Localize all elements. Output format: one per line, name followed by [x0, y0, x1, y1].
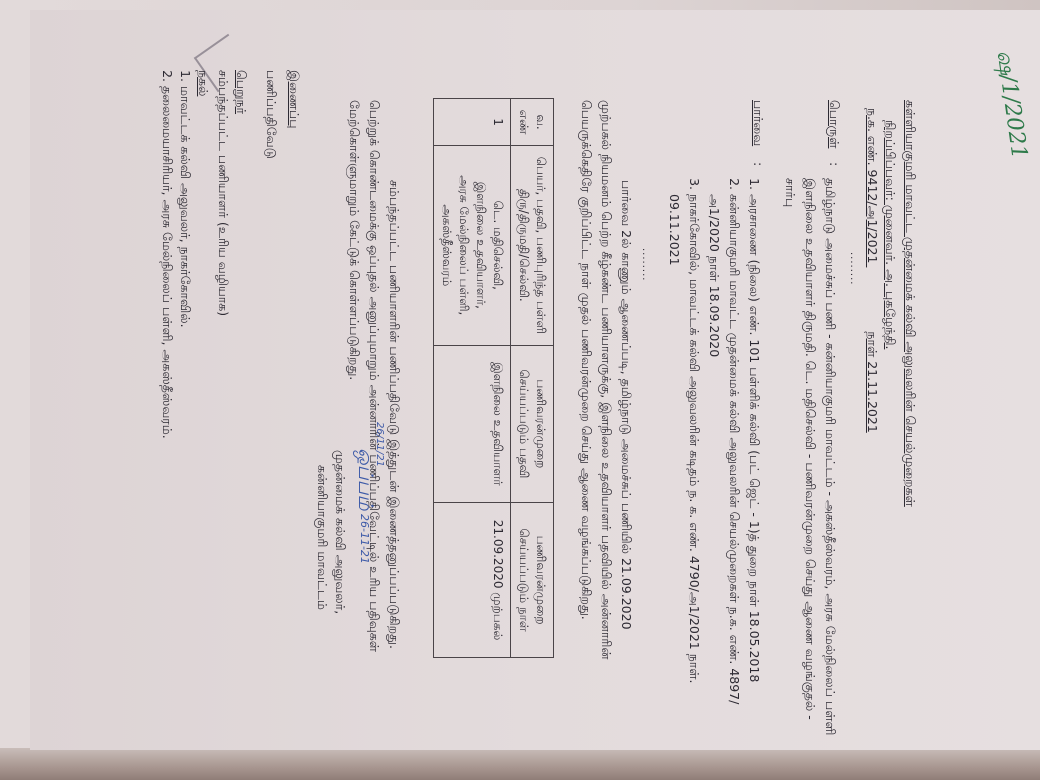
employee-details: டெ. மதிசெல்வி, இளநிலை உதவியாளர், அரசு மே… — [434, 146, 511, 345]
employee-post: இளநிலை உதவியாளர், — [472, 152, 489, 338]
employee-name: டெ. மதிசெல்வி, — [489, 152, 506, 338]
copy-item: மாவட்டக் கல்வி அலுவலர், நாகர்கோவில். — [176, 86, 194, 439]
reference-number: ந.க. எண். 9412/அ1/2021 — [865, 108, 880, 263]
signatory-title: முதன்மைக் கல்வி அலுவலர், — [334, 450, 347, 614]
enclosure-item: பணிப்பதிவேடு — [265, 70, 278, 159]
column-header: வ. எண் — [511, 99, 554, 146]
signatory-office: கன்னியாகுமரி மாவட்டம் — [316, 465, 329, 610]
employee-place: அகஸ்தீஸ்வரம் — [438, 152, 455, 338]
copy-item: தலைமையாசிரியர், அரசு மேல்நிலைப் பள்ளி, அ… — [158, 86, 176, 439]
reference-item: நாகர்கோவில், மாவட்டக் கல்வி அலுவலரின் கட… — [664, 194, 704, 738]
enclosure-label: இணைப்பு — [288, 70, 301, 159]
reference-item: கன்னியாகுமரி மாவட்ட முதன்மைக் கல்வி அலுவ… — [704, 194, 744, 738]
table-edge — [0, 748, 1040, 780]
order-paragraph: பார்வை 2ல் காணும் ஆணைப்படி, தமிழ்நாடு அம… — [576, 100, 636, 660]
recipient-label: பெறுநர் — [232, 70, 250, 316]
regularised-post: இளநிலை உதவியாளர் — [434, 345, 511, 503]
employee-school: அரசு மேல்நிலைப் பள்ளி, — [455, 152, 472, 338]
regularised-date: 21.09.2020 முற்பகல் — [434, 503, 511, 658]
column-header: பெயர், பதவி, பணிபுரிந்த பள்ளி திரு/திரும… — [511, 146, 554, 345]
recipient-section: பெறுநர் சம்பந்தப்பட்ட பணியாளர் (உரிய வழி… — [214, 70, 250, 316]
document-header-presenter: நிறப்பிப்பவர்: முனைவர். அ. புகழேந்தி. — [884, 120, 897, 349]
document-page: ஷ/1/2021 கள்ளியாகுமரி மாவட்ட முதன்மைக் க… — [30, 10, 1040, 750]
colon: : — [828, 162, 841, 166]
document-header-title: கள்ளியாகுமரி மாவட்ட முதன்மைக் கல்வி அலுவ… — [904, 10, 917, 750]
table-row: 1 டெ. மதிசெல்வி, இளநிலை உதவியாளர், அரசு … — [434, 99, 511, 658]
handwritten-signature: ஒப்பம் — [356, 448, 376, 511]
document-reference-line: ந.க. எண். 9412/அ1/2021 நாள் 21.11.2021 — [866, 108, 879, 433]
copy-label: நகல் — [194, 70, 212, 439]
regularisation-table: வ. எண் பெயர், பதவி, பணிபுரிந்த பள்ளி திர… — [433, 98, 554, 658]
separator: ........ — [640, 248, 650, 281]
references-label: பார்வை — [752, 100, 765, 146]
reference-item: அரசாணை (நிலை) எண். 101 பள்ளிக் கல்வி (பட… — [744, 194, 764, 738]
document-date: நாள் 21.11.2021 — [865, 331, 880, 432]
references-list: அரசாணை (நிலை) எண். 101 பள்ளிக் கல்வி (பட… — [664, 178, 764, 738]
serial-number: 1 — [434, 99, 511, 146]
table-header-row: வ. எண் பெயர், பதவி, பணிபுரிந்த பள்ளி திர… — [511, 99, 554, 658]
colon: : — [752, 162, 765, 166]
column-header: பணிவரன்முறை செய்யப்படும் பதவி — [511, 345, 554, 503]
instruction-paragraph: சம்பந்தப்பட்ட பணியாளரின் பணிப்பதிவேடு இத… — [344, 100, 404, 660]
copy-section: நகல் மாவட்டக் கல்வி அலுவலர், நாகர்கோவில்… — [158, 70, 212, 439]
subject-label: பொருள் — [828, 100, 841, 148]
recipient-text: சம்பந்தப்பட்ட பணியாளர் (உரிய வழியாக) — [214, 70, 232, 316]
signature-date: 26-11-21 — [359, 514, 370, 564]
enclosure-section: இணைப்பு பணிப்பதிவேடு — [265, 70, 300, 159]
handwritten-annotation: ஷ/1/2021 — [992, 49, 1029, 160]
subject-text: தமிழ்நாடு அமைச்சுப் பணி - கன்னியாகுமரி ம… — [780, 178, 840, 738]
separator: ........ — [848, 252, 858, 285]
column-header: பணிவரன்முறை செய்யப்படும் நாள் — [511, 503, 554, 658]
